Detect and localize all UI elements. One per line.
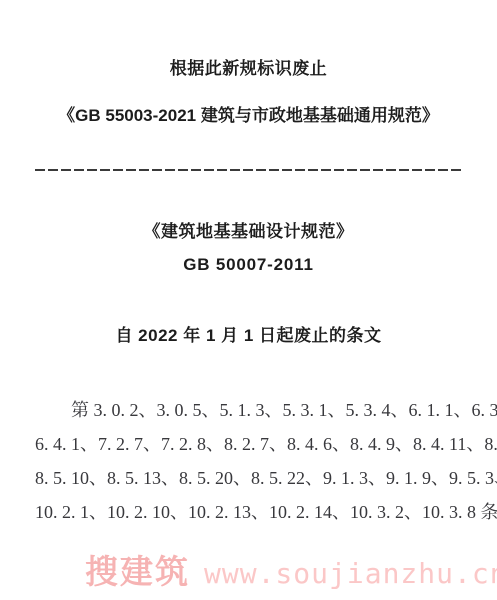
dashed-divider bbox=[35, 169, 462, 171]
clause-line-4: 10. 2. 1、10. 2. 10、10. 2. 13、10. 2. 14、1… bbox=[35, 495, 464, 529]
standard-code: GB 50007-2011 bbox=[0, 252, 497, 278]
clause-line-2: 6. 4. 1、7. 2. 7、7. 2. 8、8. 2. 7、8. 4. 6、… bbox=[35, 427, 464, 461]
abolished-clauses-heading: 自 2022 年 1 月 1 日起废止的条文 bbox=[0, 323, 497, 349]
clause-line-3: 8. 5. 10、8. 5. 13、8. 5. 20、8. 5. 22、9. 1… bbox=[35, 461, 464, 495]
abolition-notice-title: 根据此新规标识废止 bbox=[0, 56, 497, 82]
document-page: 根据此新规标识废止 《GB 55003-2021 建筑与市政地基基础通用规范》 … bbox=[0, 0, 497, 600]
new-standard-reference: 《GB 55003-2021 建筑与市政地基基础通用规范》 bbox=[0, 103, 497, 129]
clause-line-1: 第 3. 0. 2、3. 0. 5、5. 1. 3、5. 3. 1、5. 3. … bbox=[35, 393, 464, 427]
watermark-site-name: 搜建筑 bbox=[85, 546, 190, 593]
watermark: 搜建筑 www.soujianzhu.cn bbox=[0, 546, 497, 593]
abolished-clauses-paragraph: 第 3. 0. 2、3. 0. 5、5. 1. 3、5. 3. 1、5. 3. … bbox=[35, 393, 464, 529]
standard-title: 《建筑地基基础设计规范》 bbox=[0, 219, 497, 245]
watermark-site-url: www.soujianzhu.cn bbox=[204, 557, 497, 590]
